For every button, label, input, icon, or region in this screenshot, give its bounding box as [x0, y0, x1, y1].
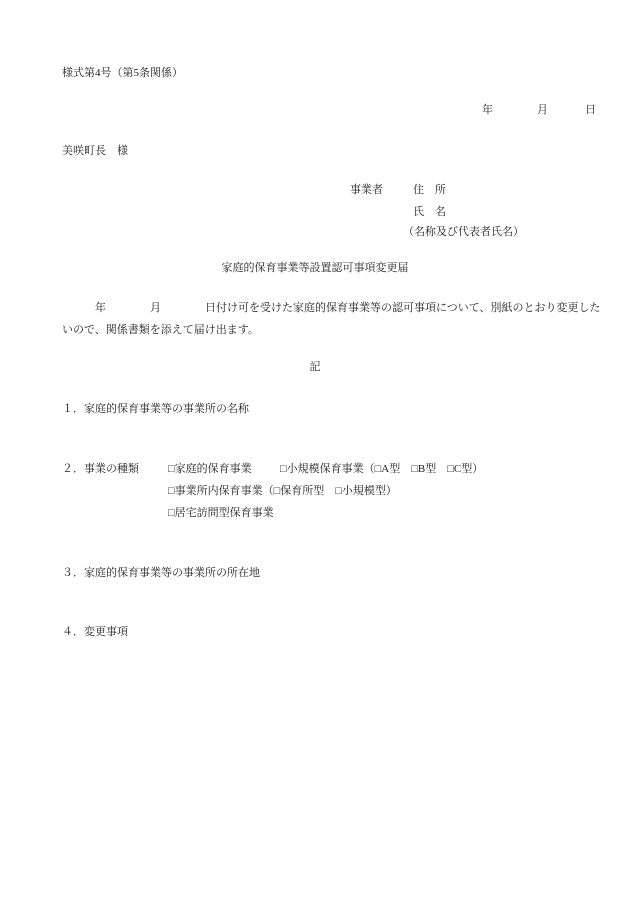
- body-paragraph-line2: いので、関係書類を添えて届け出ます。: [62, 325, 259, 336]
- applicant-label: 事業者: [350, 185, 383, 196]
- date-month-label: 月: [537, 105, 548, 116]
- item-4-changed-matters: ４．変更事項: [62, 627, 128, 638]
- body-paragraph-line1: 年 月 日付け可を受けた家庭的保育事業等の認可事項について、別紙のとおり変更した: [62, 303, 601, 314]
- checkbox-option-home-visit: □居宅訪問型保育事業: [168, 508, 274, 519]
- item-2-business-type-label: ２．事業の種類: [62, 464, 139, 475]
- checkbox-option-family-daycare: □家庭的保育事業: [168, 464, 252, 475]
- addressee: 美咲町長 様: [62, 146, 128, 157]
- applicant-name-label: 氏 名: [413, 207, 446, 218]
- checkbox-option-onsite: □事業所内保育事業（□保育所型 □小規模型）: [168, 486, 397, 497]
- item-3-business-location: ３．家庭的保育事業等の事業所の所在地: [62, 568, 260, 579]
- applicant-name-note: （名称及び代表者氏名）: [403, 227, 524, 238]
- form-number: 様式第4号（第5条関係）: [62, 68, 183, 79]
- date-day-label: 日: [585, 105, 596, 116]
- record-marker: 記: [0, 362, 630, 373]
- document-page: 様式第4号（第5条関係） 年 月 日 美咲町長 様 事業者 住 所 氏 名 （名…: [0, 0, 630, 903]
- date-year-label: 年: [482, 105, 493, 116]
- document-title: 家庭的保育事業等設置認可事項変更届: [0, 263, 630, 274]
- checkbox-option-small-scale: □小規模保育事業（□A型 □B型 □C型）: [280, 464, 483, 475]
- item-1-business-name: １．家庭的保育事業等の事業所の名称: [62, 404, 249, 415]
- applicant-address-label: 住 所: [413, 185, 446, 196]
